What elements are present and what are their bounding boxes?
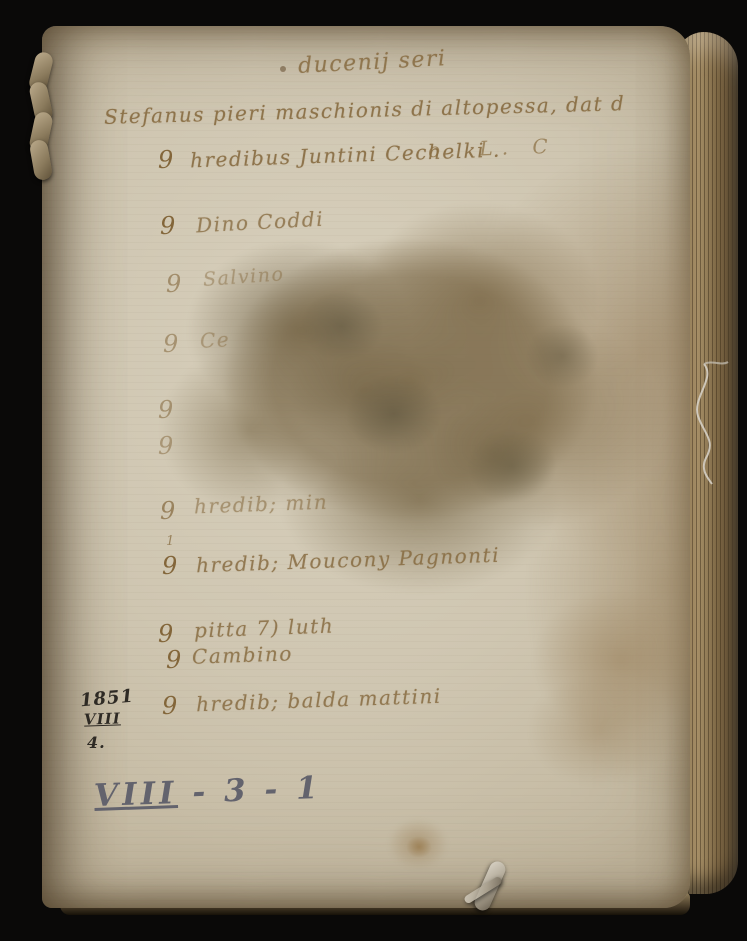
shelfmark-rest: - 3 - 1 bbox=[192, 770, 322, 810]
manuscript-photo: ducenij seri Stefanus pieri maschionis d… bbox=[0, 0, 747, 941]
entry-marker: 9 bbox=[158, 146, 173, 174]
entry-marker: 9 bbox=[158, 432, 173, 460]
entry-line: Ce bbox=[199, 327, 230, 353]
binding-tie-left bbox=[24, 52, 64, 176]
entry-marker: 9 bbox=[166, 270, 181, 298]
entry-line: pitta 7) luth bbox=[194, 614, 335, 643]
binding-tie-bottom bbox=[452, 860, 522, 926]
ink-blot bbox=[406, 836, 432, 858]
entry-marker: 9 bbox=[162, 552, 177, 580]
entry-marker: 9 bbox=[166, 646, 181, 674]
entry-marker: 9 bbox=[158, 620, 173, 648]
entry-marker: 9 bbox=[163, 330, 178, 358]
entry-marker: 9 bbox=[158, 396, 173, 424]
shelfmark-series: VIII bbox=[93, 775, 178, 814]
entry-line: hredib; min bbox=[194, 490, 329, 519]
archival-number: 4. bbox=[87, 733, 106, 752]
entry-marker: 9 bbox=[162, 692, 177, 720]
amount-notation: o. L. C bbox=[428, 134, 557, 162]
entry-line: Cambino bbox=[192, 641, 294, 669]
entry-note-above: 1 bbox=[166, 534, 174, 549]
archival-series: VIII bbox=[84, 709, 121, 728]
fly-speck bbox=[280, 66, 286, 72]
entry-marker: 9 bbox=[160, 212, 175, 240]
loose-thread bbox=[682, 358, 736, 488]
entry-marker: 9 bbox=[160, 497, 175, 525]
